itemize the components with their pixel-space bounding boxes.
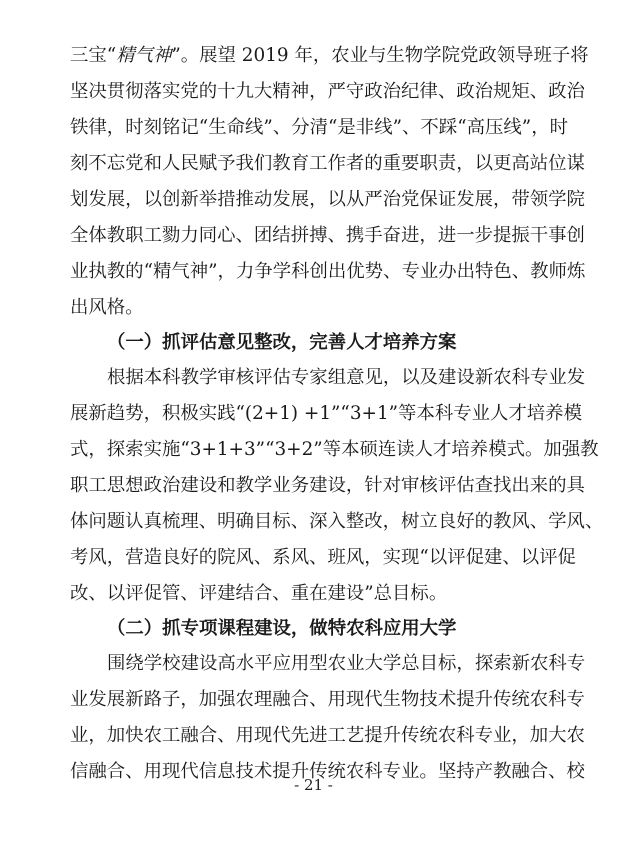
paragraph-2-line: 根据本科教学审核评估专家组意见，以及建设新农科专业发 bbox=[70, 360, 568, 396]
paragraph-3-line: 业发展新路子，加强农理融合、用现代生物技术提升传统农科专 bbox=[70, 682, 568, 718]
paragraph-2-line: 式，探索实施“3+1+3”“3+2”等本硕连读人才培养模式。加强教 bbox=[70, 432, 568, 468]
page-number: - 21 - bbox=[0, 776, 627, 794]
section-heading-2: （二）抓专项课程建设，做特农科应用大学 bbox=[70, 612, 568, 646]
paragraph-3-line: 业，加快农工融合、用现代先进工艺提升传统农科专业，加大农 bbox=[70, 718, 568, 754]
text-run: ”。展望 2019 年，农业与生物学院党政领导班子将 bbox=[171, 45, 588, 66]
paragraph-3-line: 围绕学校建设高水平应用型农业大学总目标，探索新农科专 bbox=[70, 646, 568, 682]
italic-text-run: 精气神 bbox=[116, 45, 171, 66]
paragraph-1-line-1: 三宝“精气神”。展望 2019 年，农业与生物学院党政领导班子将 bbox=[70, 38, 568, 74]
paragraph-1-line: 出风格。 bbox=[70, 290, 568, 326]
text-run: 三宝“ bbox=[70, 45, 116, 66]
document-page: 三宝“精气神”。展望 2019 年，农业与生物学院党政领导班子将 坚决贯彻落实党… bbox=[70, 38, 568, 790]
paragraph-2-line: 体问题认真梳理、明确目标、深入整改，树立良好的教风、学风、 bbox=[70, 504, 568, 540]
paragraph-1-line: 坚决贯彻落实党的十九大精神，严守政治纪律、政治规矩、政治 bbox=[70, 74, 568, 110]
paragraph-1-line: 业执教的“精气神”，力争学科创出优势、专业办出特色、教师炼 bbox=[70, 254, 568, 290]
paragraph-1-line: 刻不忘党和人民赋予我们教育工作者的重要职责，以更高站位谋 bbox=[70, 146, 568, 182]
paragraph-1-line: 全体教职工勠力同心、团结拼搏、携手奋进，进一步提振干事创 bbox=[70, 218, 568, 254]
paragraph-2-line: 职工思想政治建设和教学业务建设，针对审核评估查找出来的具 bbox=[70, 468, 568, 504]
paragraph-1-line: 铁律，时刻铭记“生命线”、分清“是非线”、不踩“高压线”，时 bbox=[70, 110, 568, 146]
paragraph-1-line: 划发展，以创新举措推动发展，以从严治党保证发展，带领学院 bbox=[70, 182, 568, 218]
paragraph-2-line: 展新趋势，积极实践“(2+1) +1”“3+1”等本科专业人才培养模 bbox=[70, 396, 568, 432]
paragraph-2-line: 考风，营造良好的院风、系风、班风，实现“以评促建、以评促 bbox=[70, 540, 568, 576]
section-heading-1: （一）抓评估意见整改，完善人才培养方案 bbox=[70, 326, 568, 360]
paragraph-2-line: 改、以评促管、评建结合、重在建设”总目标。 bbox=[70, 576, 568, 612]
